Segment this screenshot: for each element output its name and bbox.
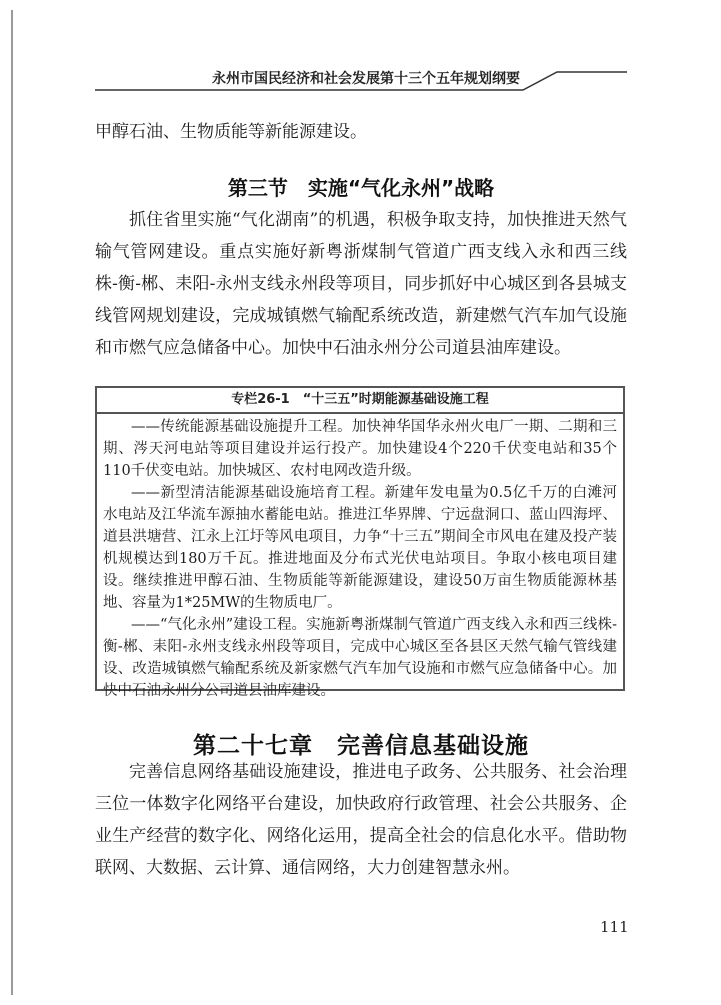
section-paragraph: 抓住省里实施“气化湖南”的机遇，积极争取支持，加快推进天然气输气管网建设。重点实…	[95, 204, 627, 364]
feature-box: 专栏26-1 “十三五”时期能源基础设施工程 ——传统能源基础设施提升工程。加快…	[95, 386, 625, 691]
header-rule	[0, 0, 721, 120]
feature-box-item: ——“气化永州”建设工程。实施新粤浙煤制气管道广西支线入永和西三线株-衡-郴、耒…	[103, 614, 617, 702]
feature-box-item: ——新型清洁能源基础设施培育工程。新建年发电量为0.5亿千万的白滩河水电站及江华…	[103, 482, 617, 614]
feature-box-title: 专栏26-1 “十三五”时期能源基础设施工程	[97, 388, 623, 414]
page-binding-edge	[11, 10, 13, 995]
page-number: 111	[600, 918, 629, 936]
chapter-paragraph: 完善信息网络基础设施建设，推进电子政务、公共服务、社会治理三位一体数字化网络平台…	[95, 756, 627, 884]
feature-box-item: ——传统能源基础设施提升工程。加快神华国华永州火电厂一期、二期和三期、涔天河电站…	[103, 416, 617, 482]
continuation-paragraph: 甲醇石油、生物质能等新能源建设。	[95, 116, 627, 148]
section-heading: 第三节 实施“气化永州”战略	[95, 172, 627, 201]
feature-box-body: ——传统能源基础设施提升工程。加快神华国华永州火电厂一期、二期和三期、涔天河电站…	[97, 414, 623, 702]
